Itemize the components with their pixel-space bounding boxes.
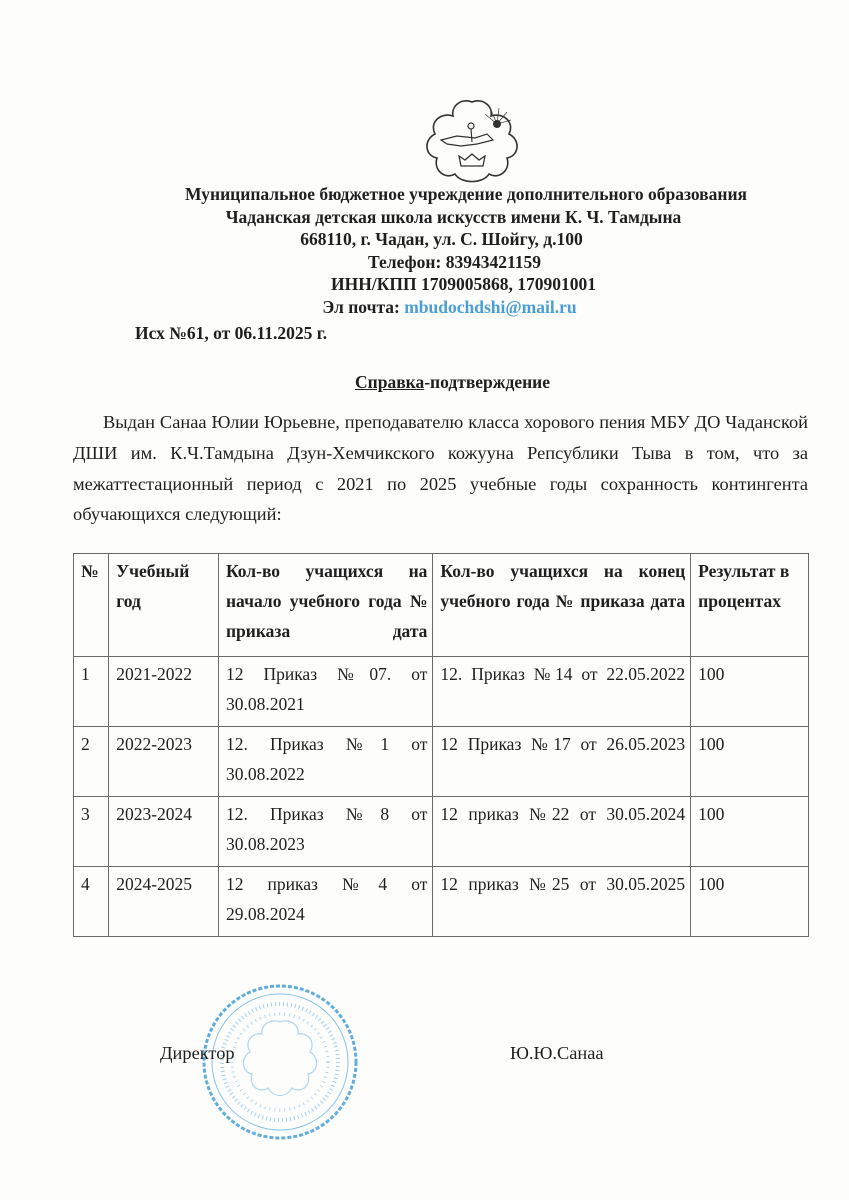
header-year: Учебный год xyxy=(109,554,219,657)
header-start: Кол-во учащихся на начало учебного года … xyxy=(218,554,432,657)
header-result: Результат в процентах xyxy=(691,554,809,657)
org-inn-kpp: ИНН/КПП 1709005868, 170901001 xyxy=(0,273,849,296)
cell-number: 4 xyxy=(74,867,109,937)
cell-end: 12 приказ №25 от 30.05.2025 xyxy=(433,867,691,937)
cell-year: 2024-2025 xyxy=(109,867,219,937)
cell-result: 100 xyxy=(691,797,809,867)
org-phone: Телефон: 83943421159 xyxy=(0,251,849,274)
cell-result: 100 xyxy=(691,657,809,727)
org-email-line: Эл почта: mbudochdshi@mail.ru xyxy=(0,296,849,319)
cell-year: 2021-2022 xyxy=(109,657,219,727)
cell-number: 2 xyxy=(74,727,109,797)
title-rest: -подтверждение xyxy=(424,372,550,392)
signer-role: Директор xyxy=(160,1043,235,1064)
cell-number: 3 xyxy=(74,797,109,867)
cell-year: 2023-2024 xyxy=(109,797,219,867)
title-underlined: Справка xyxy=(355,372,424,392)
cell-end: 12 Приказ №17 от 26.05.2023 xyxy=(433,727,691,797)
contingent-table: № Учебный год Кол-во учащихся на начало … xyxy=(73,553,809,937)
outgoing-number: Исх №61, от 06.11.2025 г. xyxy=(135,323,327,344)
email-label: Эл почта: xyxy=(322,297,404,317)
email-link[interactable]: mbudochdshi@mail.ru xyxy=(404,297,576,317)
org-name-line1: Муниципальное бюджетное учреждение допол… xyxy=(0,183,849,206)
cell-start: 12. Приказ №8 от 30.08.2023 xyxy=(218,797,432,867)
table-header-row: № Учебный год Кол-во учащихся на начало … xyxy=(74,554,809,657)
table-row: 3 2023-2024 12. Приказ №8 от 30.08.2023 … xyxy=(74,797,809,867)
cell-result: 100 xyxy=(691,867,809,937)
signer-name: Ю.Ю.Санаа xyxy=(510,1043,604,1064)
tuva-emblem-icon xyxy=(417,96,527,184)
table-row: 4 2024-2025 12 приказ №4 от 29.08.2024 1… xyxy=(74,867,809,937)
cell-result: 100 xyxy=(691,727,809,797)
header-end: Кол-во учащихся на конец учебного года №… xyxy=(433,554,691,657)
cell-start: 12. Приказ №1 от 30.08.2022 xyxy=(218,727,432,797)
org-name-line2: Чаданская детская школа искусств имени К… xyxy=(0,206,849,229)
cell-start: 12 Приказ №07. от 30.08.2021 xyxy=(218,657,432,727)
table-row: 1 2021-2022 12 Приказ №07. от 30.08.2021… xyxy=(74,657,809,727)
organization-header: Муниципальное бюджетное учреждение допол… xyxy=(0,183,849,319)
body-paragraph: Выдан Санаа Юлии Юрьевне, преподавателю … xyxy=(73,407,808,530)
cell-year: 2022-2023 xyxy=(109,727,219,797)
cell-end: 12. Приказ №14 от 22.05.2022 xyxy=(433,657,691,727)
cell-end: 12 приказ №22 от 30.05.2024 xyxy=(433,797,691,867)
header-number: № xyxy=(74,554,109,657)
cell-number: 1 xyxy=(74,657,109,727)
cell-start: 12 приказ №4 от 29.08.2024 xyxy=(218,867,432,937)
org-address: 668110, г. Чадан, ул. С. Шойгу, д.100 xyxy=(0,228,849,251)
document-title: Справка-подтверждение xyxy=(355,372,550,393)
table-row: 2 2022-2023 12. Приказ №1 от 30.08.2022 … xyxy=(74,727,809,797)
